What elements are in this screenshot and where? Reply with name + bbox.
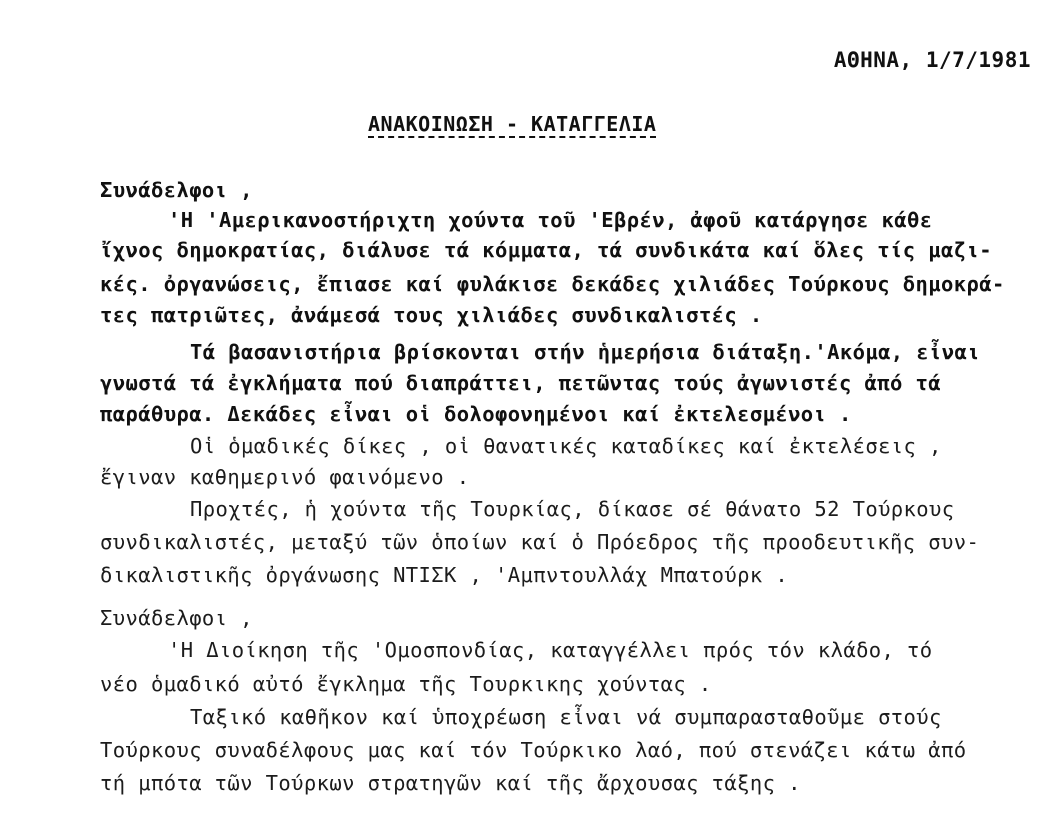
paragraph-line: Οἱ ὁμαδικές δίκες , οἱ θανατικές καταδίκ… xyxy=(190,434,942,458)
dateline: ΑΘΗΝΑ, 1/7/1981 xyxy=(834,48,1031,72)
document-page: ΑΘΗΝΑ, 1/7/1981 ΑΝΑΚΟΙΝΩΣΗ - ΚΑΤΑΓΓΕΛΙΑ … xyxy=(0,0,1053,826)
paragraph-line: ἴχνος δημοκρατίας, διάλυσε τά κόμματα, τ… xyxy=(100,238,992,262)
paragraph-line: τες πατριῶτες, ἀνάμεσά τους χιλιάδες συν… xyxy=(100,303,763,327)
paragraph-line: νέο ὁμαδικό αὐτό ἔγκλημα τῆς Τουρκικης χ… xyxy=(100,672,712,696)
paragraph-line: συνδικαλιστές, μεταξύ τῶν ὁποίων καί ὁ Π… xyxy=(100,530,979,554)
paragraph-line: 'Η 'Αμερικανοστήριχτη χούντα τοῦ 'Εβρέν,… xyxy=(168,208,933,232)
paragraph-line: Ταξικό καθῆκον καί ὑποχρέωση εἶναι νά συ… xyxy=(190,705,942,729)
paragraph-line: δικαλιστικῆς ὀργάνωσης ΝΤΙΣΚ , 'Αμπντουλ… xyxy=(100,563,788,587)
paragraph-line: παράθυρα. Δεκάδες εἶναι οἱ δολοφονημένοι… xyxy=(100,402,852,426)
paragraph-line: 'Η Διοίκηση τῆς 'Ομοσπονδίας, καταγγέλλε… xyxy=(168,638,933,662)
paragraph-line: τή μπότα τῶν Τούρκων στρατηγῶν καί τῆς ἄ… xyxy=(100,771,801,795)
salutation: Συνάδελφοι , xyxy=(100,178,253,202)
paragraph-line: ἔγιναν καθημερινό φαινόμενο . xyxy=(100,465,470,489)
salutation: Συνάδελφοι , xyxy=(100,606,253,630)
document-title: ΑΝΑΚΟΙΝΩΣΗ - ΚΑΤΑΓΓΕΛΙΑ xyxy=(368,112,656,136)
paragraph-line: γνωστά τά ἐγκλήματα πού διαπράττει, πετῶ… xyxy=(100,371,941,395)
paragraph-line: Προχτές, ἡ χούντα τῆς Τουρκίας, δίκασε σ… xyxy=(190,497,955,521)
paragraph-line: Τούρκους συναδέλφους μας καί τόν Τούρκικ… xyxy=(100,738,966,762)
paragraph-line: Τά βασανιστήρια βρίσκονται στήν ἡμερήσια… xyxy=(190,340,980,364)
paragraph-line: κές. ὀργανώσεις, ἔπιασε καί φυλάκισε δεκ… xyxy=(100,272,1005,296)
